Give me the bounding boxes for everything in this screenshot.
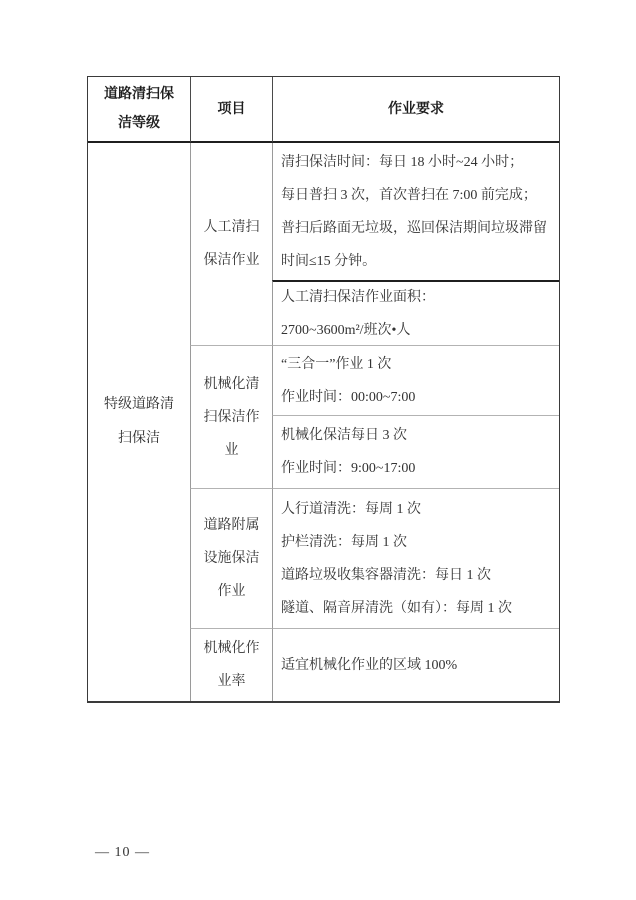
project-cell-ancillary-facilities: 道路附属 设施保洁 作业	[190, 488, 272, 628]
requirement-cell-mechanization-area: 适宜机械化作业的区域 100%	[272, 628, 559, 701]
project-cell-manual-cleaning: 人工清扫 保洁作业	[190, 143, 272, 345]
project-cell-mechanization-rate: 机械化作 业率	[190, 628, 272, 701]
requirement-cell-manual-times: 清扫保洁时间：每日 18 小时~24 小时； 每日普扫 3 次，首次普扫在 7:…	[272, 143, 559, 280]
requirement-cell-mechanized-daily: 机械化保洁每日 3 次 作业时间：9:00~17:00	[272, 415, 559, 488]
project-cell-mechanized-cleaning: 机械化清 扫保洁作 业	[190, 345, 272, 488]
header-project-cell: 项目	[190, 77, 272, 143]
requirement-cell-three-in-one: “三合一”作业 1 次 作业时间：00:00~7:00	[272, 345, 559, 415]
header-requirement-cell: 作业要求	[272, 77, 559, 143]
header-level-cell: 道路清扫保 洁等级	[88, 77, 190, 143]
level-cell: 特级道路清 扫保洁	[88, 143, 190, 701]
road-cleaning-spec-table: 道路清扫保 洁等级 项目 作业要求 特级道路清 扫保洁 人工清扫 保洁作业 机械…	[87, 76, 560, 703]
document-page: 道路清扫保 洁等级 项目 作业要求 特级道路清 扫保洁 人工清扫 保洁作业 机械…	[0, 0, 636, 900]
requirement-cell-manual-area: 人工清扫保洁作业面积： 2700~3600m²/班次•人	[272, 280, 559, 345]
requirement-cell-facility-washing: 人行道清洗：每周 1 次 护栏清洗：每周 1 次 道路垃圾收集容器清洗：每日 1…	[272, 488, 559, 628]
page-number: — 10 —	[95, 845, 150, 861]
